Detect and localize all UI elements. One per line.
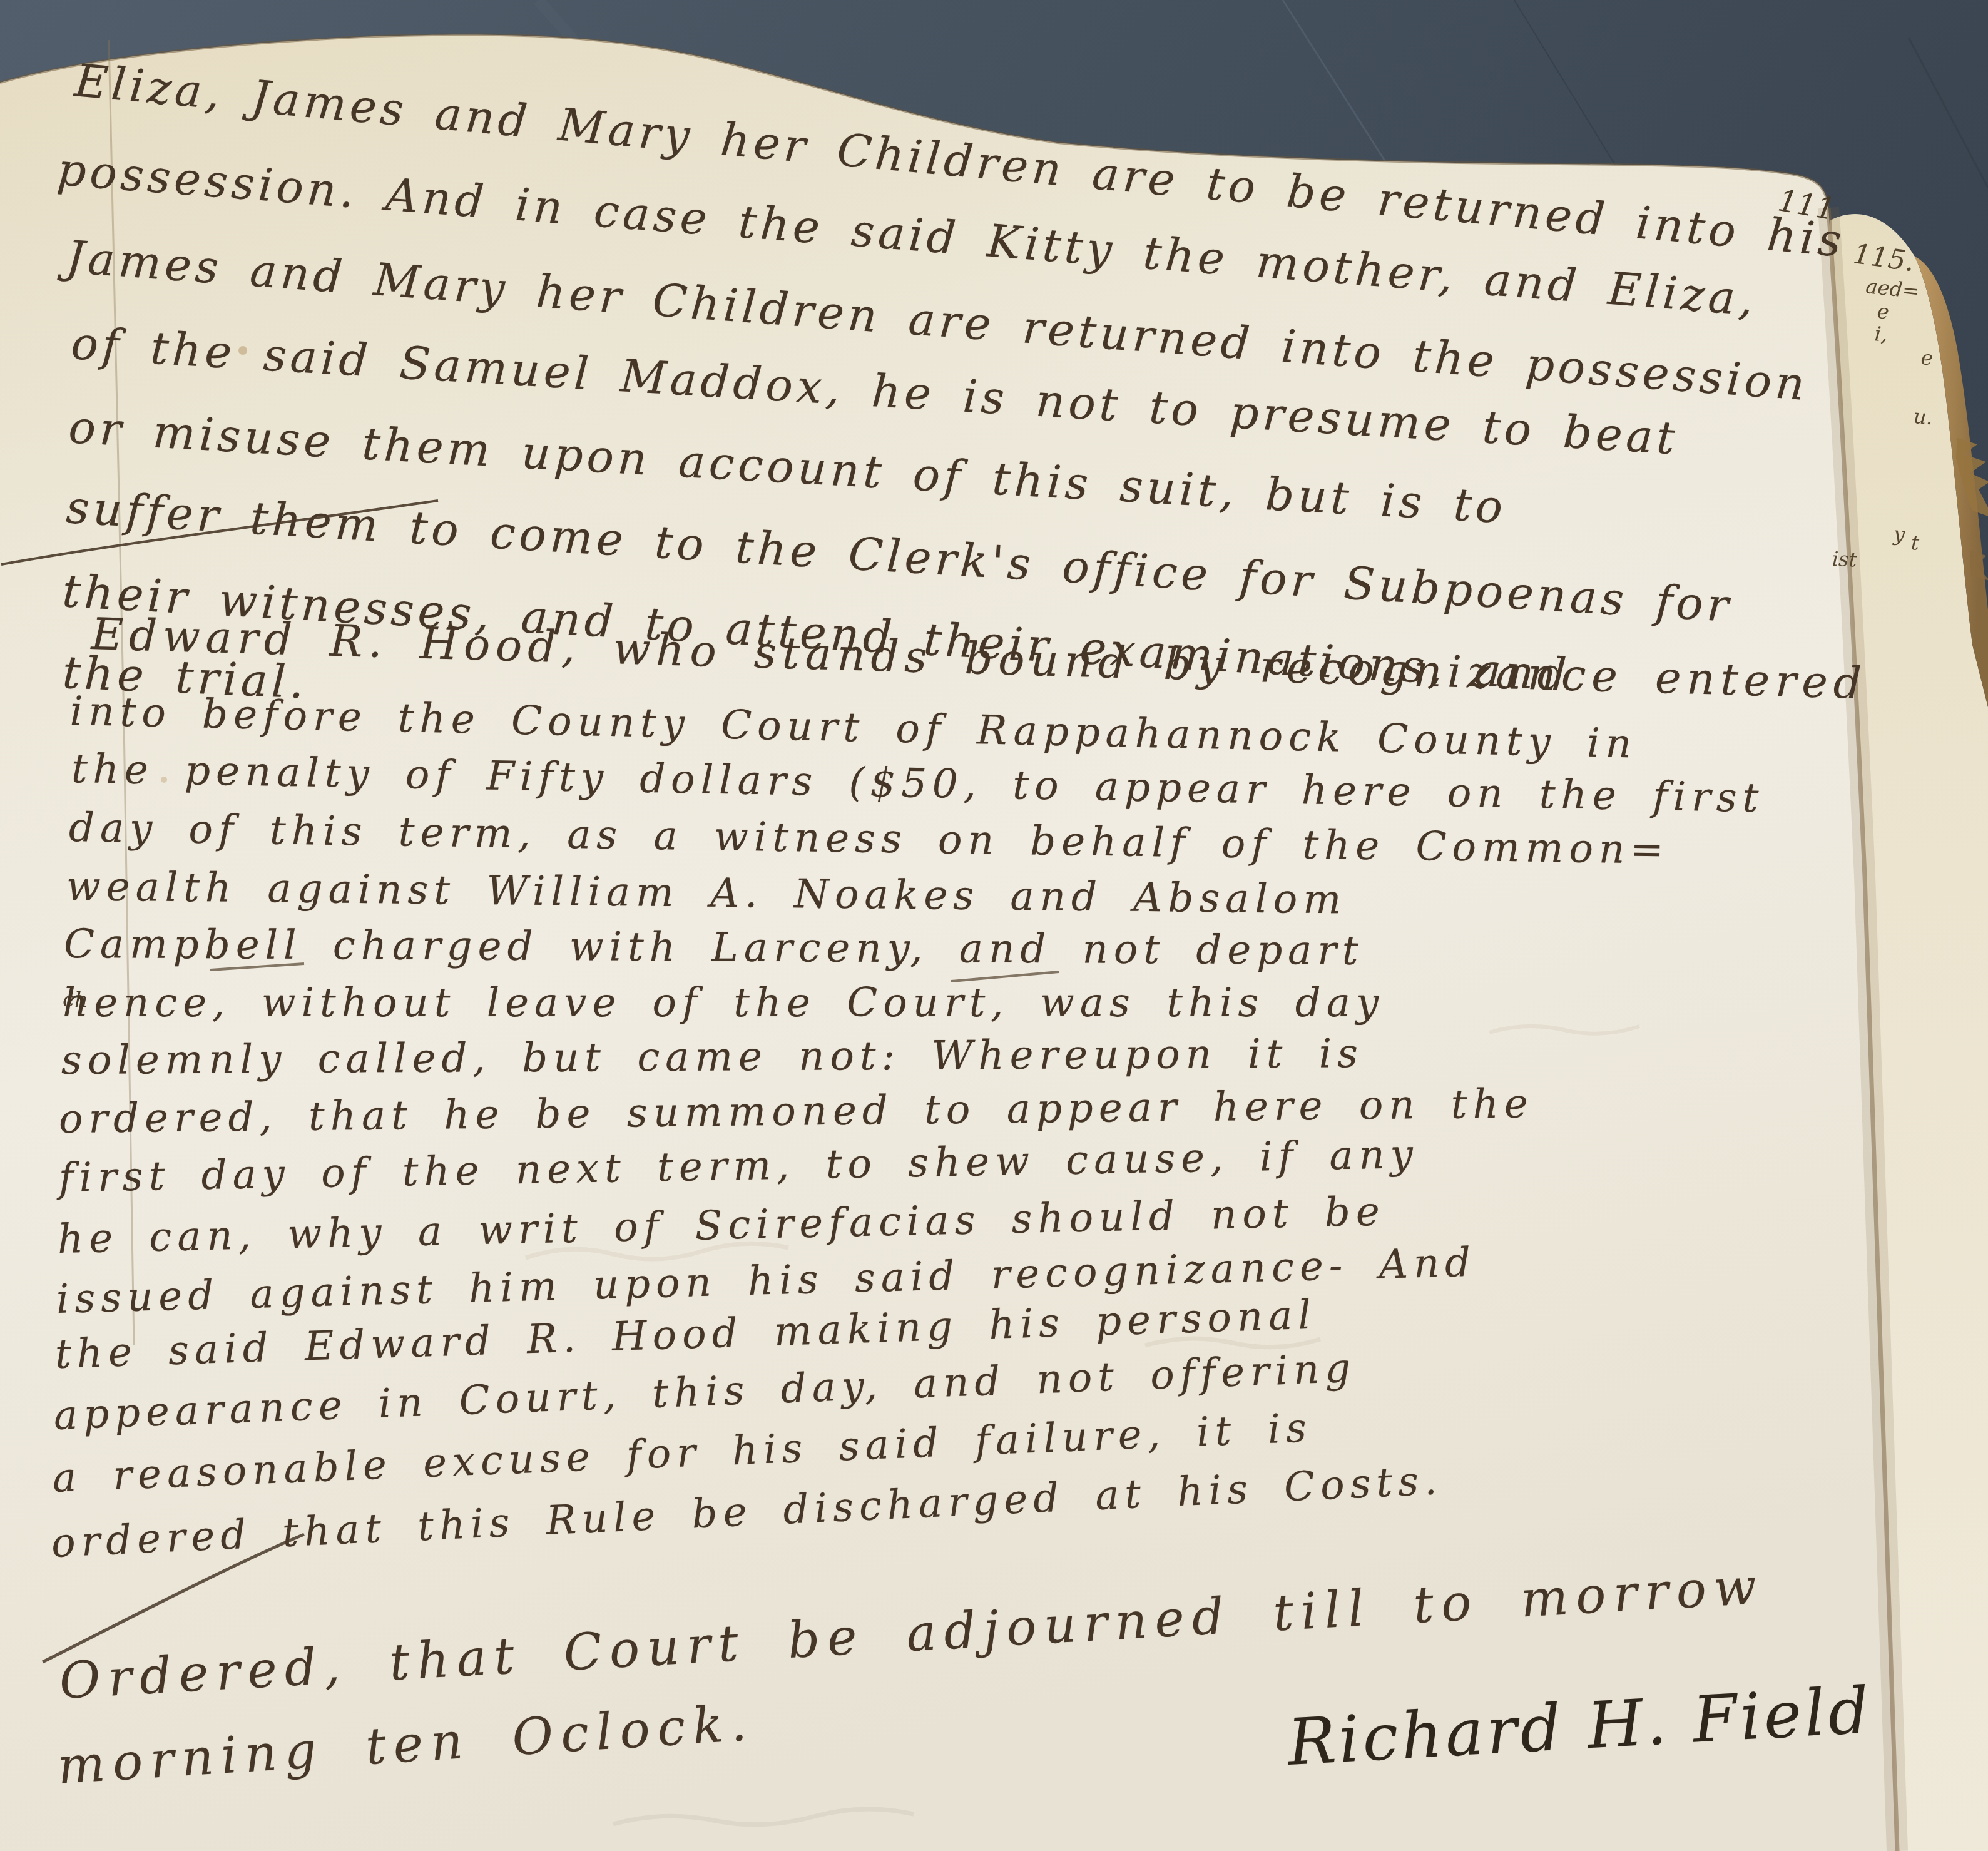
manuscript-line: solemnly called, but came not: Whereupon… <box>61 1031 1364 1084</box>
manuscript-line: hence, without leave of the Court, was t… <box>63 980 1384 1026</box>
edge-text-fragment: y <box>1893 522 1905 546</box>
edge-text-fragment: i, <box>1873 322 1889 347</box>
margin-note: ch <box>63 987 88 1012</box>
edge-text-fragment: ist <box>1832 547 1857 571</box>
court-minute-book-photo: 111 115. Eliza, James and Mary her Child… <box>0 0 1988 1851</box>
edge-text-fragment: u. <box>1913 404 1934 429</box>
manuscript-line: Campbell charged with Larceny, and not d… <box>64 921 1364 974</box>
edge-text-fragment: t <box>1910 531 1920 555</box>
edge-text-fragment: e <box>1876 299 1890 324</box>
edge-text-fragment: e <box>1920 345 1934 370</box>
